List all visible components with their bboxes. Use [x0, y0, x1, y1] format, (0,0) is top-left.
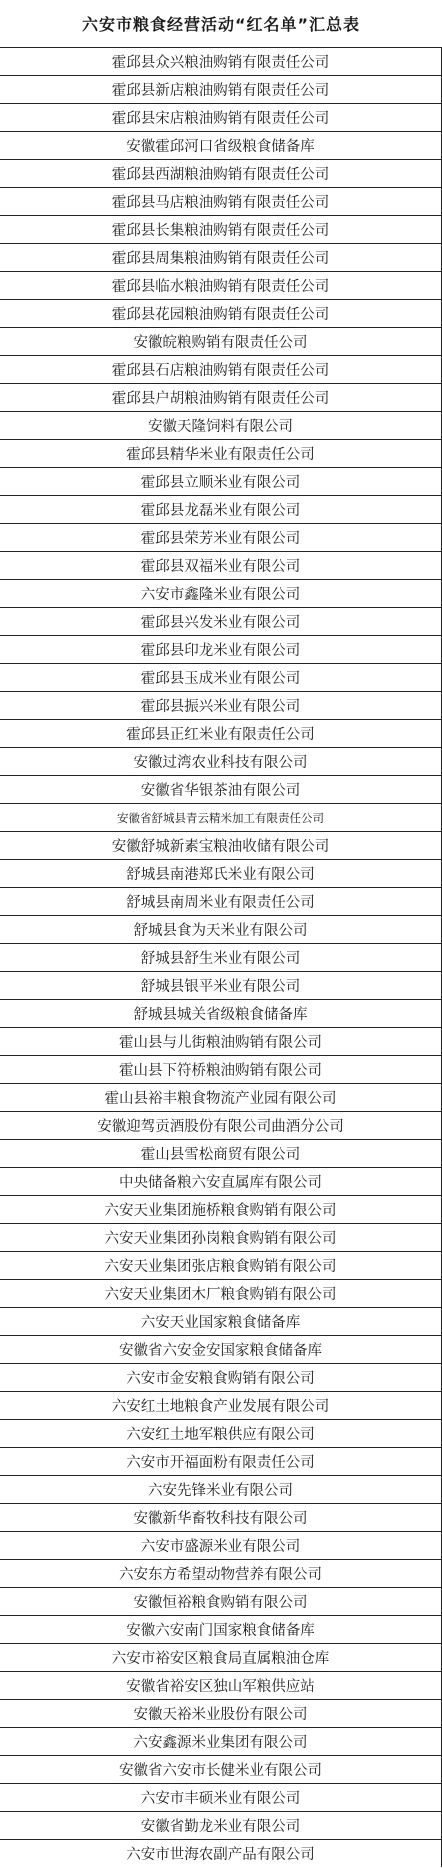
table-row: 霍邱县玉成米业有限公司 — [0, 663, 441, 691]
table-row: 安徽省勤龙米业有限公司 — [0, 1811, 441, 1839]
table-row: 霍邱县新店粮油购销有限责任公司 — [0, 75, 441, 103]
table-row: 六安红土地军粮供应有限公司 — [0, 1419, 441, 1447]
table-row: 安徽迎驾贡酒股份有限公司曲酒分公司 — [0, 1111, 441, 1139]
table-row: 六安市裕安区粮食局直属粮油仓库 — [0, 1643, 441, 1671]
table-row: 霍邱县龙磊米业有限公司 — [0, 495, 441, 523]
table-row: 霍邱县精华米业有限责任公司 — [0, 439, 441, 467]
table-row: 六安市世海农副产品有限公司 — [0, 1839, 441, 1867]
table-row: 六安市金安粮食购销有限公司 — [0, 1363, 441, 1391]
table-row: 霍山县裕丰粮食物流产业园有限公司 — [0, 1083, 441, 1111]
table-row: 安徽省华银茶油有限公司 — [0, 775, 441, 803]
table-row: 霍邱县众兴粮油购销有限责任公司 — [0, 47, 441, 75]
table-row: 六安天业集团木厂粮食购销有限公司 — [0, 1279, 441, 1307]
table-row: 六安先锋米业有限公司 — [0, 1475, 441, 1503]
table-row: 霍山县与儿街粮油购销有限公司 — [0, 1027, 441, 1055]
table-row: 安徽皖粮购销有限责任公司 — [0, 327, 441, 355]
table-row: 舒城县银平米业有限公司 — [0, 971, 441, 999]
table-row: 霍邱县立顺米业有限公司 — [0, 467, 441, 495]
company-table: 霍邱县众兴粮油购销有限责任公司霍邱县新店粮油购销有限责任公司霍邱县宋店粮油购销有… — [0, 47, 442, 1867]
table-row: 六安天业国家粮食储备库 — [0, 1307, 441, 1335]
table-row: 中央储备粮六安直属库有限公司 — [0, 1167, 441, 1195]
table-row: 霍山县雪松商贸有限公司 — [0, 1139, 441, 1167]
table-row: 舒城县南港郑氏米业有限公司 — [0, 859, 441, 887]
table-row: 霍邱县西湖粮油购销有限责任公司 — [0, 159, 441, 187]
table-row: 安徽过湾农业科技有限公司 — [0, 747, 441, 775]
table-row: 舒城县南周米业有限责任公司 — [0, 887, 441, 915]
table-row: 霍邱县正红米业有限责任公司 — [0, 719, 441, 747]
table-row: 霍邱县周集粮油购销有限责任公司 — [0, 243, 441, 271]
table-row: 霍邱县石店粮油购销有限责任公司 — [0, 355, 441, 383]
page-title: 六安市粮食经营活动“红名单”汇总表 — [0, 0, 442, 47]
table-row: 安徽省裕安区独山军粮供应站 — [0, 1671, 441, 1699]
table-row: 安徽省六安市长健米业有限公司 — [0, 1755, 441, 1783]
table-row: 安徽省六安金安国家粮食储备库 — [0, 1335, 441, 1363]
table-row: 六安鑫源米业集团有限公司 — [0, 1727, 441, 1755]
table-row: 霍邱县花园粮油购销有限责任公司 — [0, 299, 441, 327]
table-row: 霍山县下符桥粮油购销有限公司 — [0, 1055, 441, 1083]
table-row: 舒城县城关省级粮食储备库 — [0, 999, 441, 1027]
table-row: 安徽天隆饲料有限公司 — [0, 411, 441, 439]
table-row: 舒城县舒生米业有限公司 — [0, 943, 441, 971]
table-row: 六安市丰硕米业有限公司 — [0, 1783, 441, 1811]
table-row: 霍邱县临水粮油购销有限责任公司 — [0, 271, 441, 299]
table-row: 霍邱县户胡粮油购销有限责任公司 — [0, 383, 441, 411]
table-row: 舒城县食为天米业有限公司 — [0, 915, 441, 943]
table-row: 六安东方希望动物营养有限公司 — [0, 1559, 441, 1587]
table-row: 霍邱县长集粮油购销有限责任公司 — [0, 215, 441, 243]
table-row: 霍邱县荣芳米业有限公司 — [0, 523, 441, 551]
table-row: 霍邱县印龙米业有限公司 — [0, 635, 441, 663]
table-row: 安徽省舒城县青云精米加工有限责任公司 — [0, 803, 441, 831]
table-row: 六安天业集团孙岗粮食购销有限公司 — [0, 1223, 441, 1251]
table-row: 安徽舒城新素宝粮油收储有限公司 — [0, 831, 441, 859]
table-row: 安徽新华畜牧科技有限公司 — [0, 1503, 441, 1531]
table-row: 安徽霍邱河口省级粮食储备库 — [0, 131, 441, 159]
table-row: 六安天业集团施桥粮食购销有限公司 — [0, 1195, 441, 1223]
table-row: 霍邱县振兴米业有限公司 — [0, 691, 441, 719]
table-row: 霍邱县宋店粮油购销有限责任公司 — [0, 103, 441, 131]
table-row: 六安市开福面粉有限责任公司 — [0, 1447, 441, 1475]
table-row: 霍邱县兴发米业有限公司 — [0, 607, 441, 635]
table-row: 安徽恒裕粮食购销有限公司 — [0, 1587, 441, 1615]
table-row: 霍邱县双福米业有限公司 — [0, 551, 441, 579]
table-row: 安徽六安南门国家粮食储备库 — [0, 1615, 441, 1643]
table-row: 安徽天裕米业股份有限公司 — [0, 1699, 441, 1727]
table-row: 霍邱县马店粮油购销有限责任公司 — [0, 187, 441, 215]
table-row: 六安市鑫隆米业有限公司 — [0, 579, 441, 607]
table-row: 六安天业集团张店粮食购销有限公司 — [0, 1251, 441, 1279]
table-row: 六安红土地粮食产业发展有限公司 — [0, 1391, 441, 1419]
table-row: 六安市盛源米业有限公司 — [0, 1531, 441, 1559]
